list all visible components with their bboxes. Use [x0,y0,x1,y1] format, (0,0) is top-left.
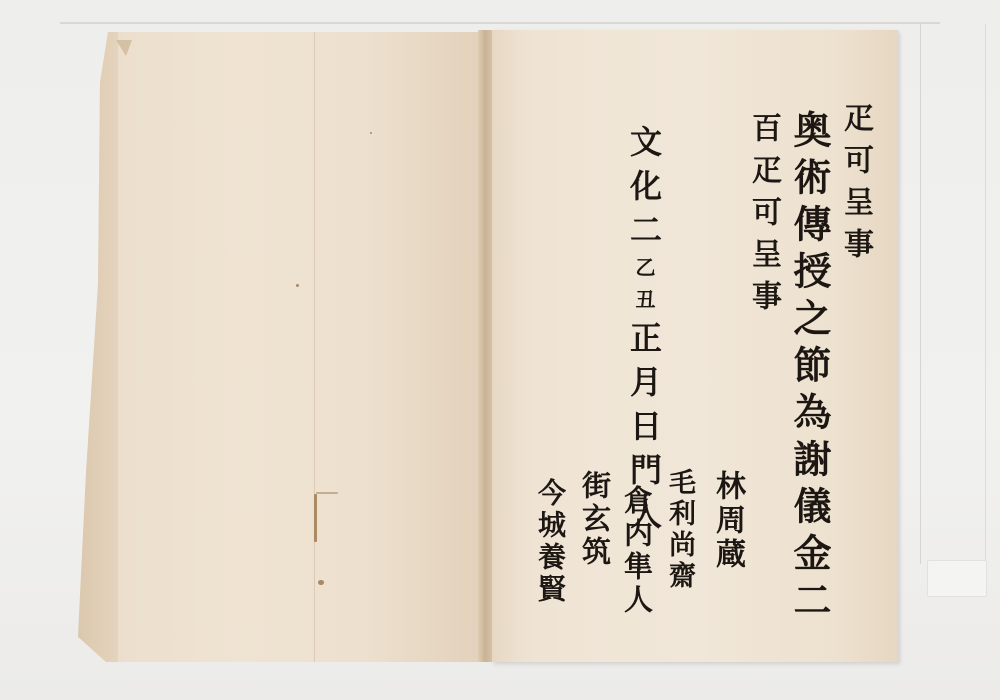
signatory-name: 今城養賢 [536,478,564,606]
signatory-name: 毛利尚齋 [666,468,693,592]
left-page [78,32,486,662]
date-month: 正月 [625,321,663,409]
paper-spot [296,284,299,287]
date-day: 日 [625,409,663,453]
paper-spot [370,132,372,134]
folded-corner [116,40,132,56]
text-column-2: 奥術傳授之節為謝儀金二 [790,110,828,627]
page-crease [314,32,315,662]
folded-edge [78,32,118,662]
signatory-name: 倉内隼人 [622,485,651,617]
paper-damage-mark [316,492,338,494]
paper-damage-mark [318,580,324,585]
date-year: 二 [625,213,663,257]
signatory-name: 街玄筑 [580,470,609,569]
signatory-name: 林周蔵 [712,470,742,572]
mount-board-line [920,24,921,564]
paper-damage-mark [314,494,317,542]
text-column-1: 疋可呈事 [840,102,870,270]
mount-board-patch [927,560,987,597]
date-era: 文化 [625,125,663,213]
mount-board-line [985,24,986,564]
mount-board-edge [60,22,940,24]
text-column-3: 百疋可呈事 [748,112,778,322]
date-sexagenary: 乙丑 [632,257,656,321]
date-column: 文化二乙丑正月日門人 [628,125,660,541]
